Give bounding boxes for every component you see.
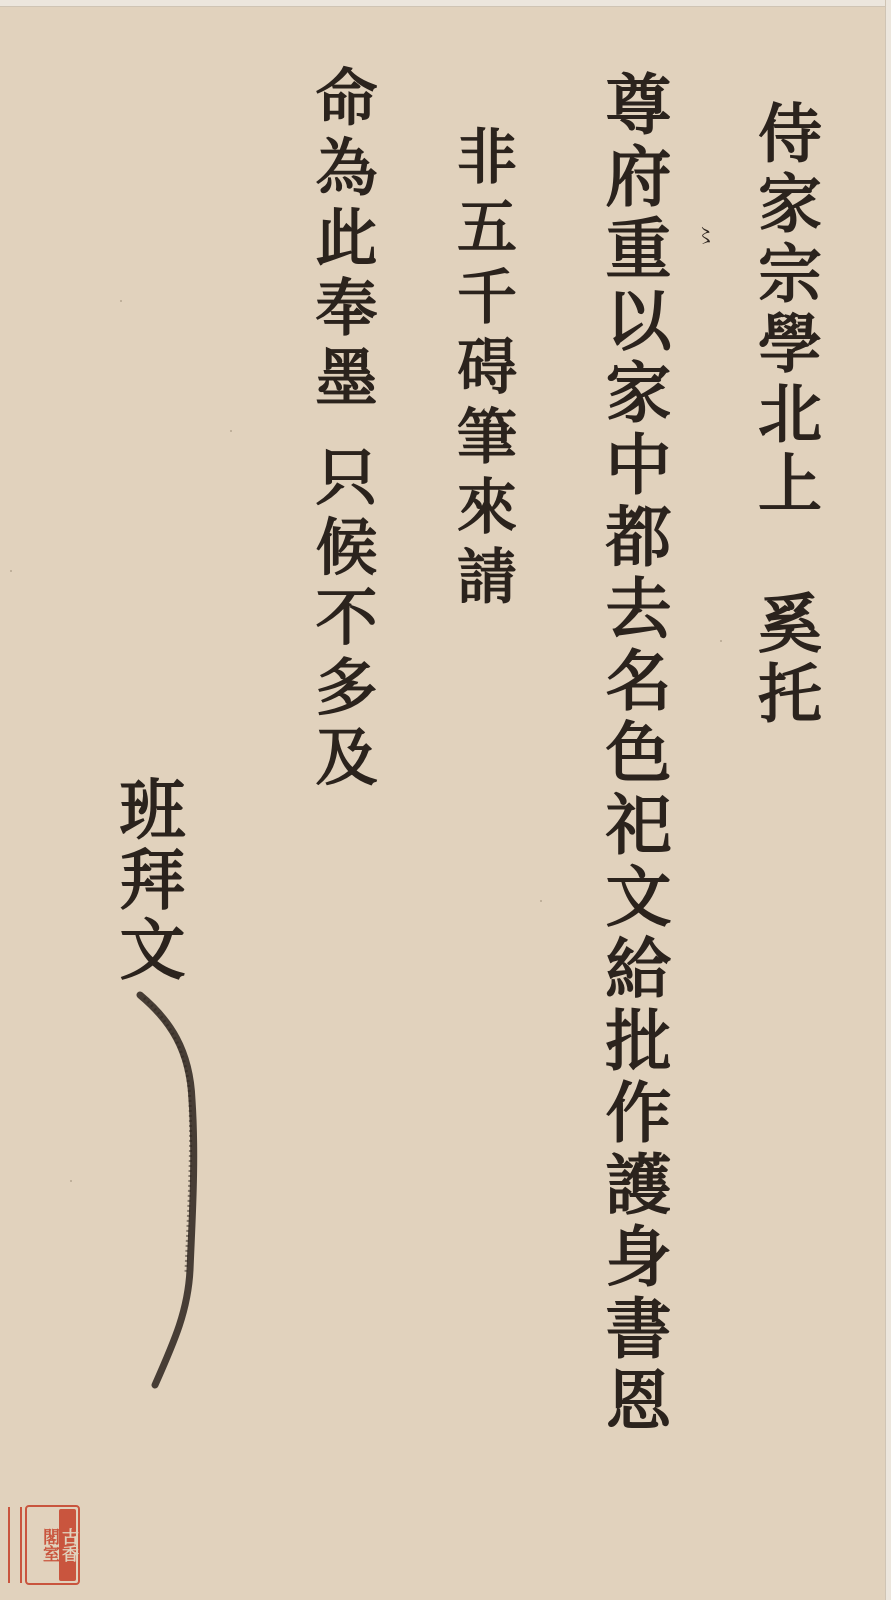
seal-text-left: 閣室 bbox=[40, 1509, 57, 1581]
letter-column-3: 非五千碍筆來請 bbox=[452, 125, 512, 615]
collector-seal: 古香 閣室 bbox=[8, 1505, 80, 1585]
paper-speck bbox=[120, 300, 122, 302]
paper-sheet: 侍家宗學北上 奚托 尊府重以家中都去名色祀文給批作護身書恩 〻 非五千碍筆來請 … bbox=[0, 0, 891, 1600]
paper-speck bbox=[230, 430, 232, 432]
seal-border-lines bbox=[8, 1507, 22, 1583]
repeat-mark: 〻 bbox=[690, 225, 719, 245]
paper-speck bbox=[70, 1180, 72, 1182]
paper-speck bbox=[10, 570, 12, 572]
seal-body: 古香 閣室 bbox=[25, 1505, 80, 1585]
top-mount-edge bbox=[0, 0, 891, 7]
letter-column-1: 侍家宗學北上 奚托 bbox=[752, 100, 816, 730]
paper-speck bbox=[720, 640, 722, 642]
signature: 班拜文 bbox=[100, 775, 195, 985]
paper-speck bbox=[540, 900, 542, 902]
signature-flourish-stroke bbox=[130, 990, 220, 1390]
right-mount-edge bbox=[885, 0, 891, 1600]
letter-column-4: 命為此奉墨 只候不多及 bbox=[310, 65, 372, 795]
letter-column-2: 尊府重以家中都去名色祀文給批作護身書恩 bbox=[600, 70, 666, 1438]
seal-text-right: 古香 bbox=[59, 1509, 76, 1581]
